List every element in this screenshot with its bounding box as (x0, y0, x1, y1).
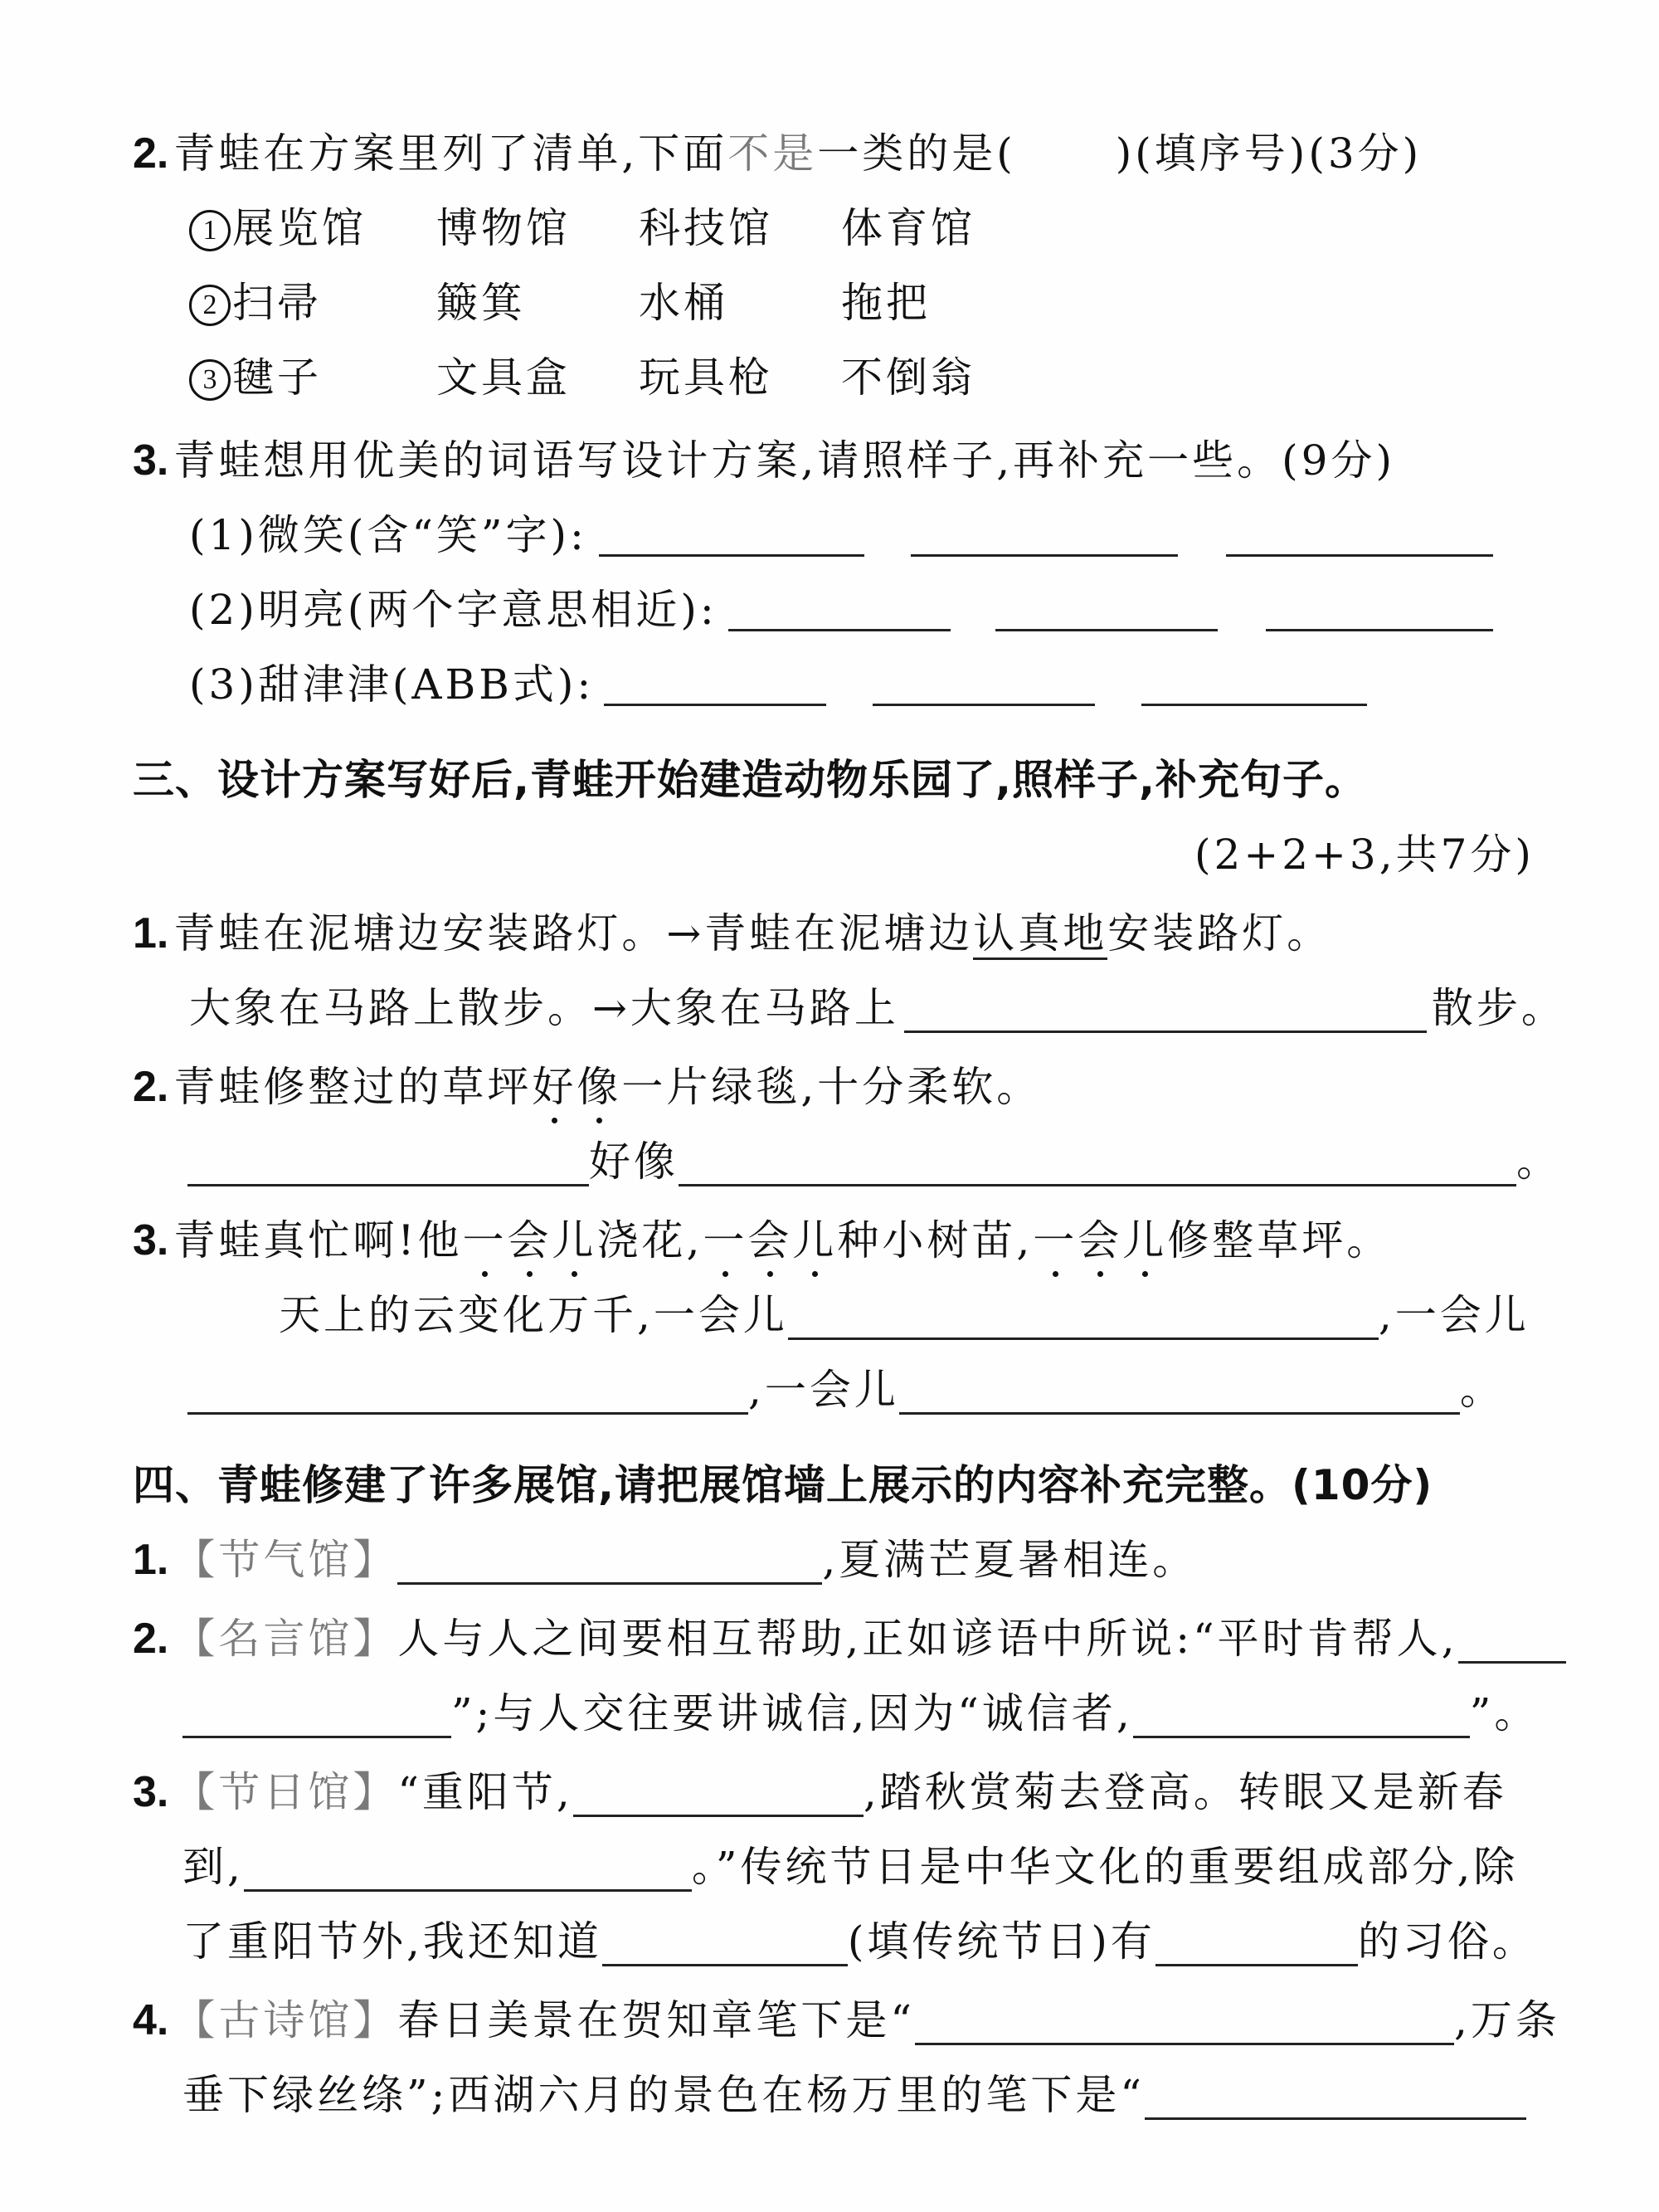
task-text: 。 (1516, 1138, 1561, 1186)
option-item: 毽子 (232, 353, 436, 402)
dotted-char: 儿 (552, 1216, 596, 1265)
hall-tag: 【名言馆】 (173, 1615, 397, 1663)
question-text: 了重阳节外,我还知道 (182, 1917, 602, 1966)
question-text: 青蛙在泥塘边安装路灯。→青蛙在泥塘边 (173, 909, 973, 957)
question-text: 一类的是( (817, 129, 1016, 178)
question-text: 一片绿毯,十分柔软。 (621, 1063, 1041, 1111)
question-text: ,踏秋赏菊去登高。转眼又是新春 (864, 1768, 1507, 1816)
hall-tag: 【古诗馆】 (173, 1996, 397, 2044)
circled-number-1: 1 (189, 210, 231, 251)
question-number: 4. (133, 1996, 168, 2044)
question-text: 。”传统节日是中华文化的重要组成部分,除 (692, 1843, 1518, 1891)
question-text: 青蛙真忙啊!他 (173, 1216, 462, 1264)
option-item: 科技馆 (639, 203, 841, 253)
dotted-char: 一 (462, 1216, 507, 1265)
answer-blank[interactable] (873, 662, 1095, 706)
s3-q1-task: 大象在马路上散步。→大象在马路上散步。 (189, 983, 1566, 1033)
question-text: 的习俗。 (1358, 1917, 1537, 1966)
section-3-score: (2+2+3,共7分) (1194, 830, 1535, 879)
dotted-char: 一 (1033, 1216, 1078, 1265)
answer-blank[interactable] (187, 1143, 589, 1186)
task-text: 散步。 (1432, 984, 1566, 1032)
s4-q2-line2: ”;与人交往要讲诚信,因为“诚信者,”。 (182, 1688, 1539, 1738)
answer-blank[interactable] (679, 1143, 1516, 1186)
answer-blank[interactable] (1133, 1694, 1470, 1738)
question-2-stem: 2.青蛙在方案里列了清单,下面不是一类的是()(填序号)(3分) (133, 129, 1422, 178)
task-text: 。 (1460, 1366, 1505, 1414)
question-number: 3. (133, 436, 168, 485)
question-text: 浇花, (596, 1216, 703, 1264)
answer-blank[interactable] (911, 513, 1178, 557)
question-number: 3. (133, 1216, 168, 1264)
dotted-char: 像 (577, 1062, 621, 1112)
s4-q3-line2: 到,。”传统节日是中华文化的重要组成部分,除 (182, 1842, 1518, 1892)
answer-blank[interactable] (573, 1773, 864, 1817)
question-text: ”;与人交往要讲诚信,因为“诚信者, (451, 1689, 1133, 1737)
answer-blank[interactable] (995, 587, 1218, 631)
question-text: 春日美景在贺知章笔下是“ (397, 1996, 915, 2044)
option-row-1: 1展览馆博物馆科技馆体育馆 (189, 203, 975, 253)
question-text: 种小树苗, (837, 1216, 1033, 1264)
task-text: ,一会儿 (1379, 1291, 1530, 1339)
question-text: 青蛙修整过的草坪 (173, 1063, 532, 1111)
answer-blank[interactable] (915, 2001, 1454, 2045)
word-item-label: (1)微笑(含“笑”字): (189, 511, 587, 559)
task-text: 大象在马路上散步。→大象在马路上 (189, 984, 899, 1032)
dotted-char: 会 (1078, 1216, 1122, 1265)
question-text: 安装路灯。 (1107, 909, 1331, 957)
answer-blank[interactable] (604, 662, 826, 706)
dotted-char: 好 (532, 1062, 577, 1112)
answer-blank[interactable] (187, 1371, 748, 1415)
answer-blank-custom[interactable] (1155, 1922, 1358, 1966)
circled-number-3: 3 (189, 359, 231, 401)
answer-blank[interactable] (599, 513, 864, 557)
question-text: “重阳节, (397, 1768, 572, 1816)
word-item-1: (1)微笑(含“笑”字): (189, 510, 587, 560)
question-number: 2. (133, 129, 168, 178)
word-item-label: (2)明亮(两个字意思相近): (189, 586, 718, 634)
option-item: 展览馆 (232, 203, 436, 253)
question-text: (填传统节日)有 (848, 1917, 1155, 1966)
question-number: 3. (133, 1768, 168, 1816)
option-item: 玩具枪 (639, 353, 841, 402)
answer-blank-festival[interactable] (602, 1922, 848, 1966)
answer-blank[interactable] (788, 1296, 1379, 1340)
s4-q4-line1: 4.【古诗馆】春日美景在贺知章笔下是“,万条 (133, 1995, 1560, 2045)
answer-blank[interactable] (728, 587, 951, 631)
s3-q3-task-line1: 天上的云变化万千,一会儿,一会儿 (279, 1290, 1530, 1340)
s3-q3-task-line2: ,一会儿。 (187, 1365, 1505, 1415)
option-row-3: 3毽子文具盒玩具枪不倒翁 (189, 353, 975, 402)
answer-blank[interactable] (244, 1848, 692, 1892)
option-row-2: 2扫帚簸箕水桶拖把 (189, 278, 931, 328)
s4-q3-line3: 了重阳节外,我还知道(填传统节日)有的习俗。 (182, 1917, 1537, 1966)
question-text: 垂下绿丝绦”;西湖六月的景色在杨万里的笔下是“ (182, 2071, 1145, 2119)
dotted-char: 会 (747, 1216, 792, 1265)
circled-number-2: 2 (189, 285, 231, 326)
question-number: 1. (133, 1536, 168, 1584)
answer-blank[interactable] (1141, 662, 1367, 706)
task-text: 天上的云变化万千,一会儿 (279, 1291, 788, 1339)
task-text: 好像 (589, 1138, 679, 1186)
option-item: 文具盒 (436, 353, 639, 402)
hall-tag: 【节气馆】 (173, 1536, 397, 1584)
hall-tag: 【节日馆】 (173, 1768, 397, 1816)
question-text: )(填序号)(3分) (1116, 129, 1422, 178)
s3-q1-example: 1.青蛙在泥塘边安装路灯。→青蛙在泥塘边认真地安装路灯。 (133, 909, 1331, 958)
dotted-char: 儿 (792, 1216, 837, 1265)
s4-q3-line1: 3.【节日馆】“重阳节,,踏秋赏菊去登高。转眼又是新春 (133, 1767, 1507, 1817)
option-item: 体育馆 (841, 203, 975, 253)
task-text: ,一会儿 (748, 1366, 899, 1414)
option-item: 扫帚 (232, 278, 436, 328)
word-item-2: (2)明亮(两个字意思相近): (189, 585, 718, 635)
answer-blank[interactable] (899, 1371, 1460, 1415)
dotted-char: 一 (703, 1216, 747, 1265)
dotted-char: 会 (507, 1216, 552, 1265)
word-item-3: (3)甜津津(ABB式): (189, 660, 594, 709)
answer-blank[interactable] (397, 1541, 822, 1585)
answer-blank[interactable] (904, 989, 1427, 1033)
answer-blank[interactable] (1145, 2076, 1526, 2120)
dotted-char: 儿 (1122, 1216, 1167, 1265)
question-text: ,万条 (1454, 1996, 1560, 2044)
question-text: 青蛙在方案里列了清单,下面 (173, 129, 727, 178)
option-item: 拖把 (841, 278, 931, 328)
s4-q2-line1: 2.【名言馆】人与人之间要相互帮助,正如谚语中所说:“平时肯帮人, (133, 1614, 1566, 1664)
answer-blank[interactable] (1266, 587, 1493, 631)
question-text: ,夏满芒夏暑相连。 (822, 1536, 1197, 1584)
question-3-stem: 3.青蛙想用优美的词语写设计方案,请照样子,再补充一些。(9分) (133, 436, 1395, 485)
section-3-title: 三、设计方案写好后,青蛙开始建造动物乐园了,照样子,补充句子。 (133, 755, 1367, 805)
emphasis-text: 不是 (727, 129, 817, 178)
answer-blank[interactable] (1226, 513, 1493, 557)
question-text: 修整草坪。 (1167, 1216, 1391, 1264)
s4-q1: 1.【节气馆】,夏满芒夏暑相连。 (133, 1535, 1197, 1585)
answer-blank[interactable] (182, 1694, 451, 1738)
option-item: 簸箕 (436, 278, 639, 328)
question-text: ”。 (1470, 1689, 1540, 1737)
section-4-title: 四、青蛙修建了许多展馆,请把展馆墙上展示的内容补充完整。(10分) (133, 1460, 1433, 1510)
s4-q4-line2: 垂下绿丝绦”;西湖六月的景色在杨万里的笔下是“ (182, 2070, 1526, 2120)
question-text: 青蛙想用优美的词语写设计方案,请照样子,再补充一些。(9分) (173, 436, 1395, 485)
option-item: 不倒翁 (841, 353, 975, 402)
option-item: 水桶 (639, 278, 841, 328)
question-number: 2. (133, 1063, 168, 1111)
s3-q2-example: 2.青蛙修整过的草坪好像一片绿毯,十分柔软。 (133, 1062, 1041, 1112)
underlined-word: 认真地 (973, 909, 1107, 960)
option-item: 博物馆 (436, 203, 639, 253)
question-text: 人与人之间要相互帮助,正如谚语中所说:“平时肯帮人, (397, 1615, 1457, 1663)
word-item-label: (3)甜津津(ABB式): (189, 660, 594, 709)
s3-q3-example: 3.青蛙真忙啊!他一会儿浇花,一会儿种小树苗,一会儿修整草坪。 (133, 1216, 1391, 1265)
question-number: 2. (133, 1615, 168, 1663)
question-text: 到, (182, 1843, 244, 1891)
question-number: 1. (133, 909, 168, 957)
answer-blank[interactable] (1458, 1620, 1566, 1664)
s3-q2-task: 好像。 (187, 1137, 1561, 1186)
